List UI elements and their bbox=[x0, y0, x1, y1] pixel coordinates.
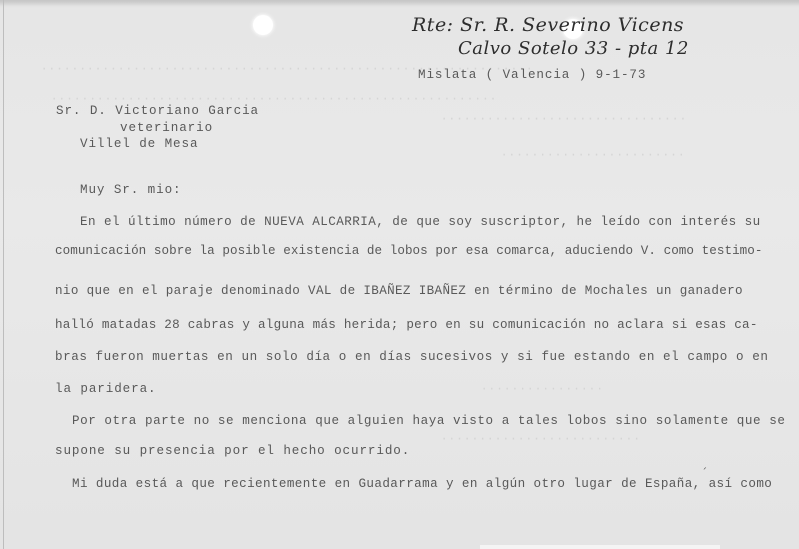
recipient-name: Sr. D. Victoriano Garcia bbox=[56, 104, 259, 118]
body-line: Por otra parte no se menciona que alguie… bbox=[72, 414, 785, 428]
scan-bottom-strip bbox=[480, 545, 720, 549]
punch-hole-left bbox=[253, 15, 273, 35]
bleed-through-text: ································ bbox=[440, 112, 686, 126]
paper-left-edge bbox=[3, 0, 4, 549]
bleed-through-text: ·························· bbox=[440, 432, 640, 446]
letter-page: ········································… bbox=[0, 0, 799, 549]
body-line: halló matadas 28 cabras y alguna más her… bbox=[55, 318, 758, 332]
body-line: nio que en el paraje denominado VAL de I… bbox=[55, 284, 743, 298]
body-line: la paridera. bbox=[55, 382, 157, 396]
bleed-through-text: ················ bbox=[480, 382, 603, 396]
handwritten-sender-address: Calvo Sotelo 33 - pta 12 bbox=[458, 38, 689, 59]
place-date: Mislata ( Valencia ) 9-1-73 bbox=[418, 68, 646, 82]
salutation: Muy Sr. mio: bbox=[80, 183, 182, 197]
body-line: comunicación sobre la posible existencia… bbox=[55, 244, 763, 258]
recipient-title: veterinario bbox=[120, 121, 213, 135]
scan-top-shadow bbox=[0, 0, 799, 6]
bleed-through-text: ························ bbox=[500, 148, 685, 162]
recipient-location: Villel de Mesa bbox=[80, 137, 198, 151]
handwritten-sender-name: Rte: Sr. R. Severino Vicens bbox=[412, 14, 684, 36]
body-line: bras fueron muertas en un solo día o en … bbox=[55, 350, 768, 364]
handwritten-correction-mark: ´ bbox=[701, 468, 706, 479]
body-line: En el último número de NUEVA ALCARRIA, d… bbox=[80, 215, 761, 229]
body-line: Mi duda está a que recientemente en Guad… bbox=[72, 477, 772, 491]
body-line: supone su presencia por el hecho ocurrid… bbox=[55, 444, 410, 458]
